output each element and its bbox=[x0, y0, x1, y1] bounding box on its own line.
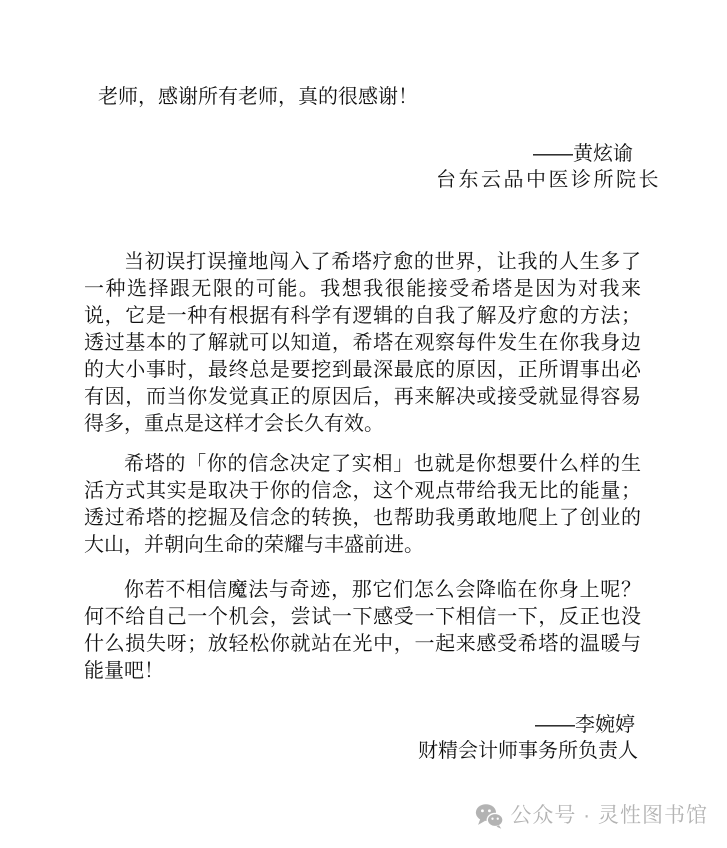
testimonial-1-author: ——黄炫谕 bbox=[533, 141, 633, 168]
watermark-label: 公众号 · 灵性图书馆 bbox=[510, 801, 708, 831]
testimonial-1-closing-line: 老师，感谢所有老师，真的很感谢！ bbox=[84, 84, 641, 111]
testimonial-2-author: ——李婉婷 bbox=[535, 712, 635, 739]
testimonial-2-paragraph-1: 当初误打误撞地闯入了希塔疗愈的世界，让我的人生多了一种选择跟无限的可能。我想我很… bbox=[84, 249, 641, 438]
testimonial-2-paragraph-2: 希塔的「你的信念决定了实相」也就是你想要什么样的生活方式其实是取决于你的信念，这… bbox=[84, 451, 641, 559]
watermark: 公众号 · 灵性图书馆 bbox=[475, 801, 708, 831]
testimonial-1-author-title: 台东云品中医诊所院长 bbox=[436, 167, 661, 194]
testimonial-2-paragraph-3: 你若不相信魔法与奇迹，那它们怎么会降临在你身上呢？何不给自己一个机会，尝试一下感… bbox=[84, 577, 641, 685]
wechat-icon bbox=[475, 803, 503, 830]
testimonial-2-author-title: 财精会计师事务所负责人 bbox=[418, 738, 638, 765]
book-page: 老师，感谢所有老师，真的很感谢！ ——黄炫谕 台东云品中医诊所院长 当初误打误撞… bbox=[0, 0, 727, 848]
